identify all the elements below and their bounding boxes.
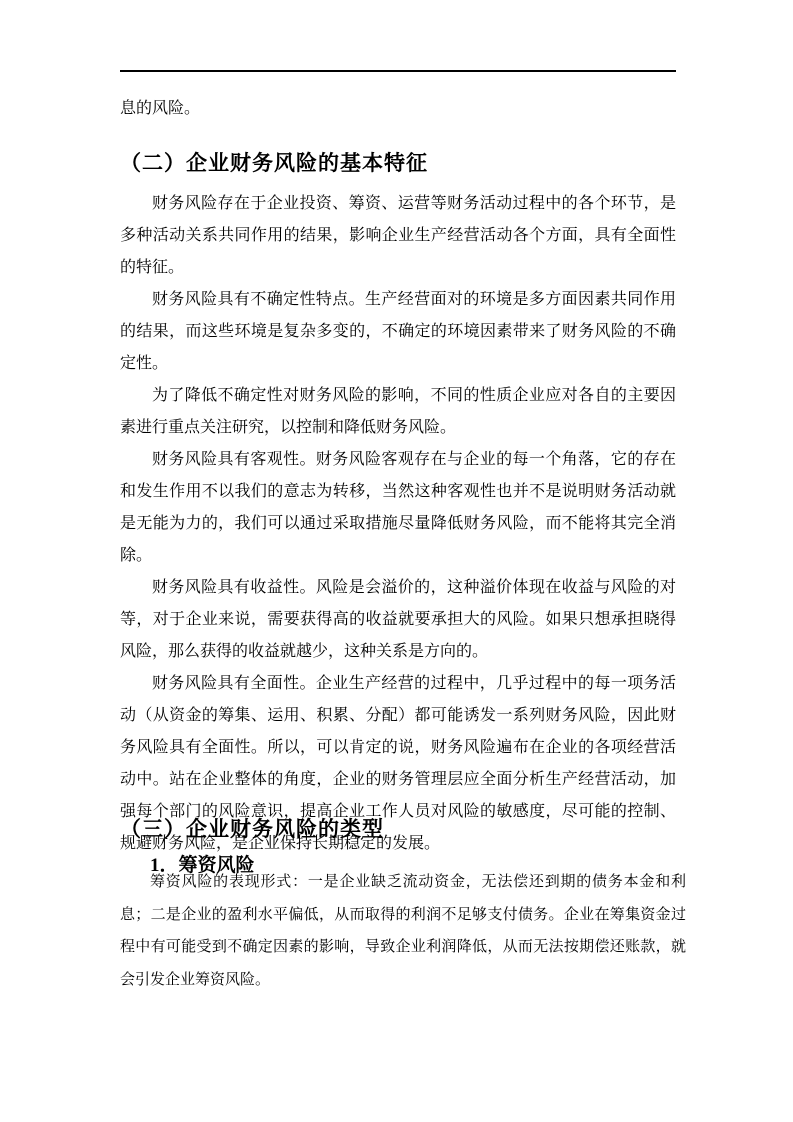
document-page: 息的风险。 （二）企业财务风险的基本特征 财务风险存在于企业投资、筹资、运营等财…	[0, 0, 793, 1122]
section-body-characteristics: 财务风险存在于企业投资、筹资、运营等财务活动过程中的各个环节，是多种活动关系共同…	[120, 188, 676, 860]
paragraph-fragment: 息的风险。	[120, 97, 676, 121]
section-heading-financial-risk-types: （三）企业财务风险的类型	[120, 814, 720, 844]
body-paragraph: 为了降低不确定性对财务风险的影响，不同的性质企业应对各自的主要因素进行重点关注研…	[120, 380, 676, 444]
section-body-financing-risk: 筹资风险的表现形式：一是企业缺乏流动资金，无法偿还到期的债务本金和利息；二是企业…	[120, 866, 686, 996]
page-header-rule	[120, 70, 676, 72]
body-paragraph: 财务风险具有收益性。风险是会溢价的，这种溢价体现在收益与风险的对等，对于企业来说…	[120, 572, 676, 668]
body-paragraph: 财务风险存在于企业投资、筹资、运营等财务活动过程中的各个环节，是多种活动关系共同…	[120, 188, 676, 284]
body-paragraph: 财务风险具有不确定性特点。生产经营面对的环境是多方面因素共同作用的结果，而这些环…	[120, 284, 676, 380]
section-heading-financial-risk-characteristics: （二）企业财务风险的基本特征	[120, 148, 720, 178]
body-paragraph: 筹资风险的表现形式：一是企业缺乏流动资金，无法偿还到期的债务本金和利息；二是企业…	[120, 866, 686, 996]
body-paragraph: 财务风险具有客观性。财务风险客观存在与企业的每一个角落，它的存在和发生作用不以我…	[120, 444, 676, 572]
